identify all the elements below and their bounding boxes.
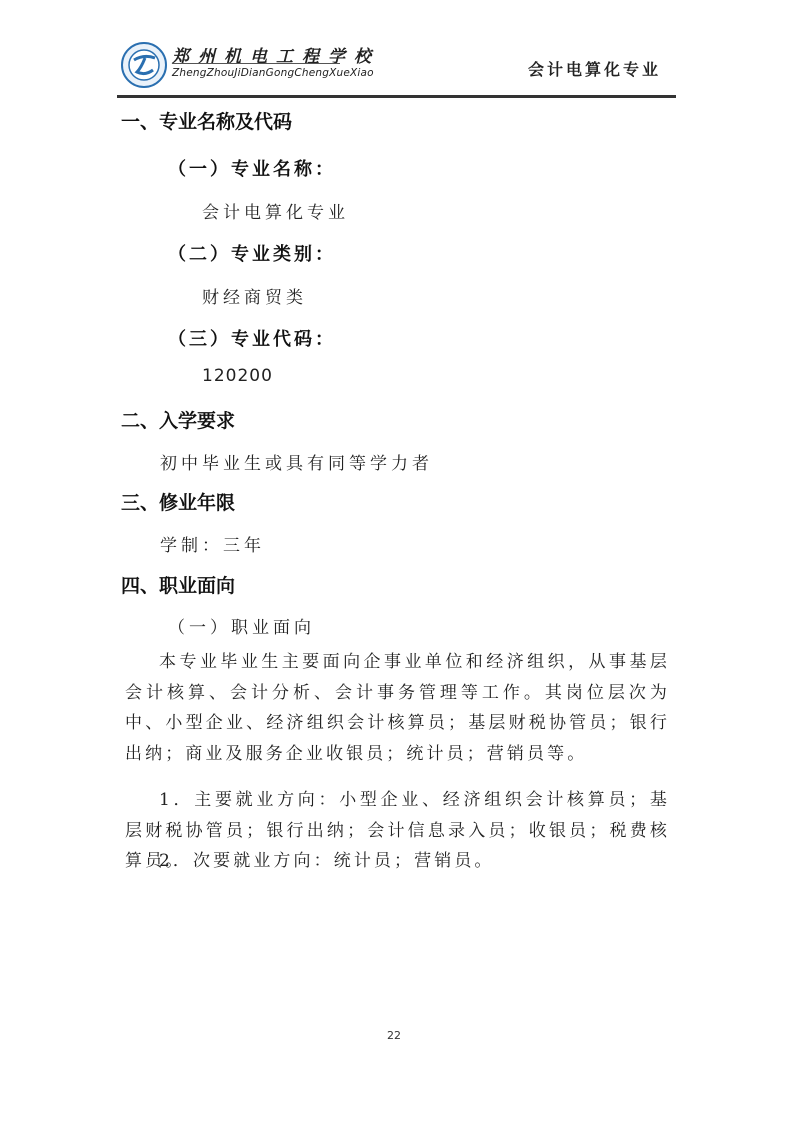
section-1-sub1-heading: （一）专业名称：: [168, 155, 336, 181]
section-3-heading: 三、修业年限: [121, 488, 235, 515]
header-major-title: 会计电算化专业: [528, 57, 661, 80]
section-4-sub1-heading: （一）职业面向: [168, 613, 315, 638]
header-rule: [117, 95, 676, 98]
admission-requirement: 初中毕业生或具有同等学力者: [160, 449, 433, 474]
study-duration: 学制：三年: [160, 531, 265, 556]
section-4-heading: 四、职业面向: [121, 571, 235, 598]
major-category-value: 财经商贸类: [202, 283, 307, 308]
school-name-divider: [172, 63, 340, 64]
career-item-secondary: 2．次要就业方向：统计员；营销员。: [125, 846, 670, 877]
school-name-en: ZhengZhouJiDianGongChengXueXiao: [172, 67, 374, 79]
school-emblem-icon: [121, 42, 167, 88]
career-paragraph: 本专业毕业生主要面向企事业单位和经济组织，从事基层会计核算、会计分析、会计事务管…: [125, 647, 670, 769]
section-1-heading: 一、专业名称及代码: [121, 107, 292, 134]
section-1-sub3-heading: （三）专业代码：: [168, 325, 336, 351]
major-code-value: 120200: [202, 366, 273, 386]
section-2-heading: 二、入学要求: [121, 406, 235, 433]
major-name-value: 会计电算化专业: [202, 198, 349, 223]
section-1-sub2-heading: （二）专业类别：: [168, 240, 336, 266]
page-number: 22: [387, 1029, 401, 1042]
